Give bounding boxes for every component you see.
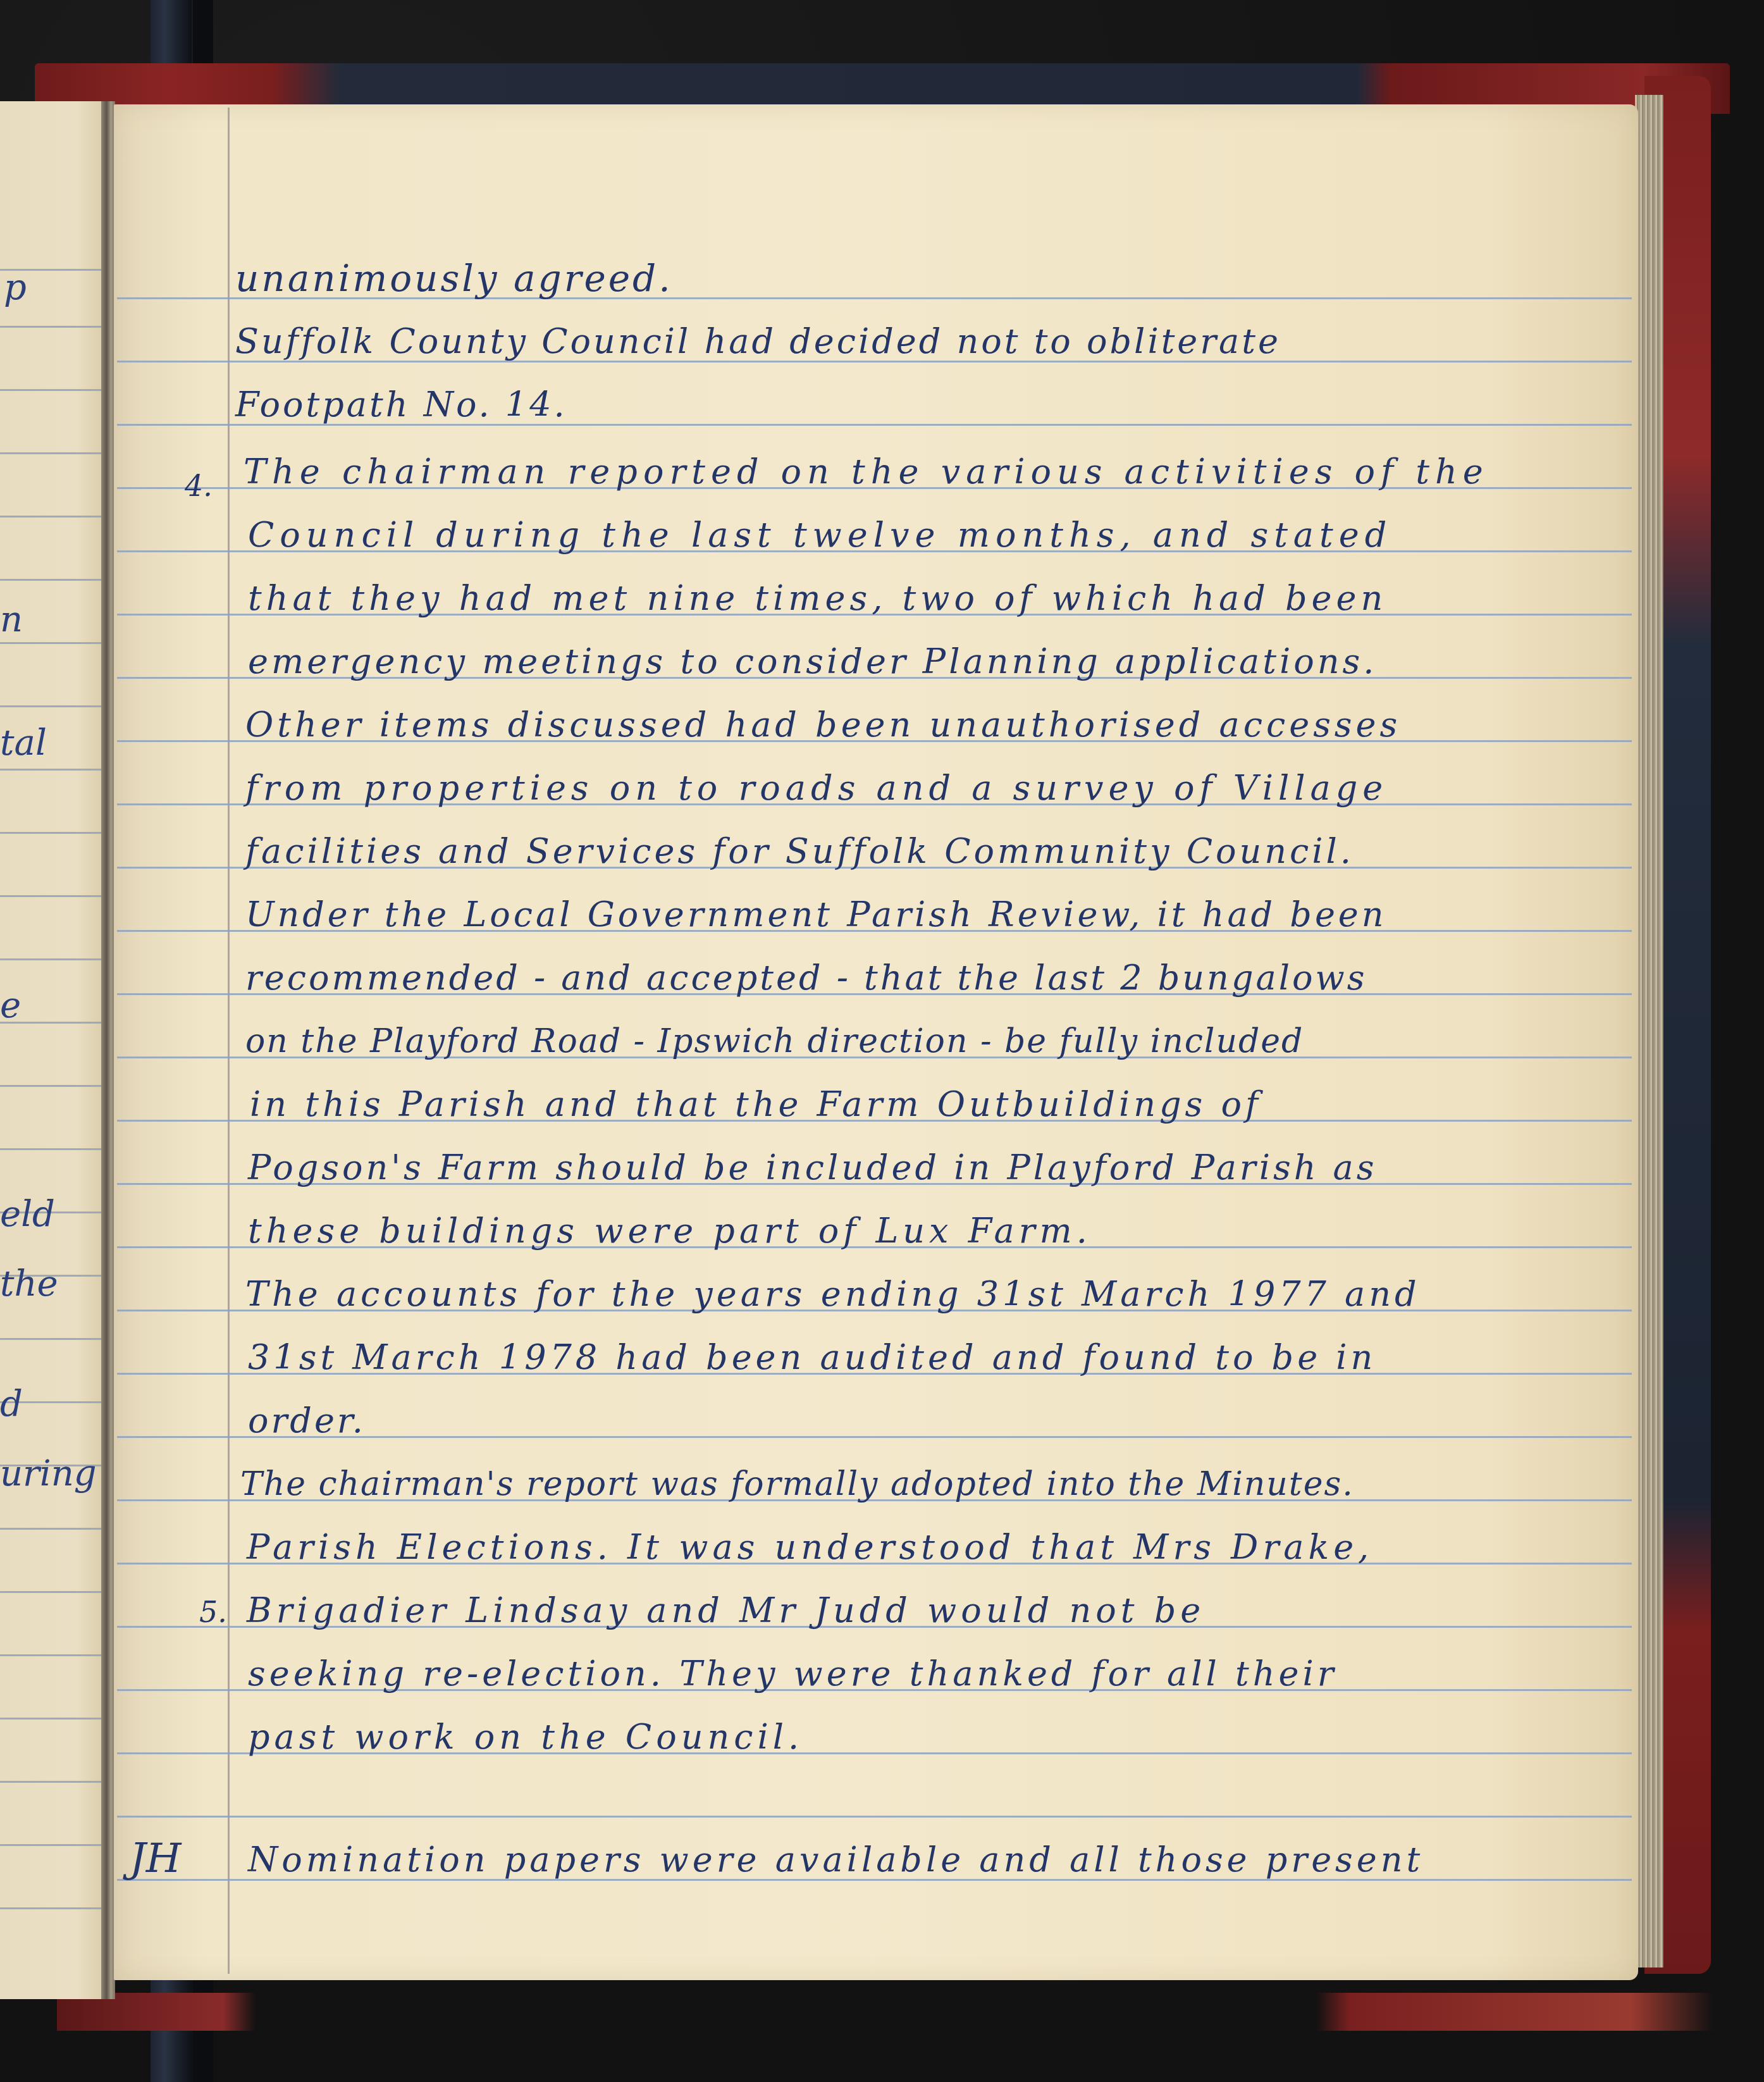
ruled-line bbox=[0, 389, 101, 391]
text-line: Parish Elections. It was understood that… bbox=[247, 1528, 1373, 1566]
ruled-line bbox=[0, 1781, 101, 1783]
left-page-fragment: eld bbox=[0, 1196, 55, 1234]
text-line: Footpath No. 14. bbox=[235, 386, 567, 424]
item-number-5: 5. bbox=[199, 1594, 227, 1630]
margin-line bbox=[228, 108, 230, 1974]
text-line: Other items discussed had been unauthori… bbox=[245, 706, 1401, 744]
left-page-fragment: p bbox=[4, 269, 27, 307]
left-page-fragment: e bbox=[0, 987, 21, 1025]
text-line: seeking re-election. They were thanked f… bbox=[248, 1655, 1337, 1693]
ruled-line bbox=[0, 1654, 101, 1656]
ruled-line bbox=[0, 832, 101, 834]
ruled-line bbox=[117, 1816, 1632, 1818]
ruled-line bbox=[0, 1338, 101, 1340]
text-line: The chairman reported on the various act… bbox=[244, 453, 1489, 491]
text-line: emergency meetings to consider Planning … bbox=[248, 643, 1377, 681]
text-line: recommended - and accepted - that the la… bbox=[245, 959, 1367, 997]
ruled-line bbox=[0, 1844, 101, 1846]
text-line: Under the Local Government Parish Review… bbox=[245, 896, 1387, 934]
ruled-line bbox=[0, 1718, 101, 1720]
book-cover-bottom-edge bbox=[57, 1993, 1714, 2031]
text-line: that they had met nine times, two of whi… bbox=[248, 579, 1387, 617]
text-line: from properties on to roads and a survey… bbox=[245, 769, 1388, 807]
text-line: The chairman's report was formally adopt… bbox=[240, 1465, 1354, 1503]
ruled-line bbox=[0, 642, 101, 644]
text-line: these buildings were part of Lux Farm. bbox=[248, 1212, 1092, 1250]
text-line: 31st March 1978 had been audited and fou… bbox=[248, 1339, 1376, 1377]
text-line: Council during the last twelve months, a… bbox=[248, 516, 1392, 554]
ruled-line bbox=[0, 1085, 101, 1087]
page-fore-edge bbox=[1635, 95, 1663, 1967]
left-page-fragment: tal bbox=[0, 724, 47, 762]
left-page-fragment: d bbox=[0, 1385, 23, 1423]
text-line: on the Playford Road - Ipswich direction… bbox=[245, 1022, 1304, 1060]
ruled-line bbox=[0, 326, 101, 328]
left-page-fragment: n bbox=[0, 601, 23, 639]
item-number-4: 4. bbox=[185, 468, 213, 504]
ruled-line bbox=[0, 579, 101, 581]
left-page: p n tal e eld the d uring bbox=[0, 101, 109, 1999]
initials-mark: JH bbox=[130, 1841, 181, 1876]
text-line: The accounts for the years ending 31st M… bbox=[245, 1275, 1421, 1313]
left-page-fragment: the bbox=[0, 1265, 58, 1303]
text-line: Nomination papers were available and all… bbox=[248, 1841, 1424, 1879]
left-page-fragment: uring bbox=[0, 1455, 97, 1493]
ruled-line bbox=[0, 958, 101, 960]
book-gutter bbox=[101, 101, 115, 1999]
ruled-line bbox=[0, 895, 101, 897]
ruled-line bbox=[0, 516, 101, 517]
text-line: Pogson's Farm should be included in Play… bbox=[248, 1149, 1378, 1187]
text-line: Suffolk County Council had decided not t… bbox=[235, 323, 1281, 361]
text-line: Brigadier Lindsay and Mr Judd would not … bbox=[247, 1592, 1205, 1630]
text-line: facilities and Services for Suffolk Comm… bbox=[245, 833, 1354, 871]
text-line: in this Parish and that the Farm Outbuil… bbox=[250, 1086, 1262, 1124]
ruled-line bbox=[0, 769, 101, 771]
ruled-line bbox=[0, 1148, 101, 1150]
ruled-line bbox=[0, 452, 101, 454]
ruled-line bbox=[0, 1907, 101, 1909]
ruled-line bbox=[0, 1591, 101, 1593]
ruled-line bbox=[0, 705, 101, 707]
text-line: unanimously agreed. bbox=[235, 259, 673, 297]
text-line: order. bbox=[248, 1402, 366, 1440]
ruled-line bbox=[0, 1528, 101, 1530]
text-line: past work on the Council. bbox=[248, 1718, 803, 1756]
